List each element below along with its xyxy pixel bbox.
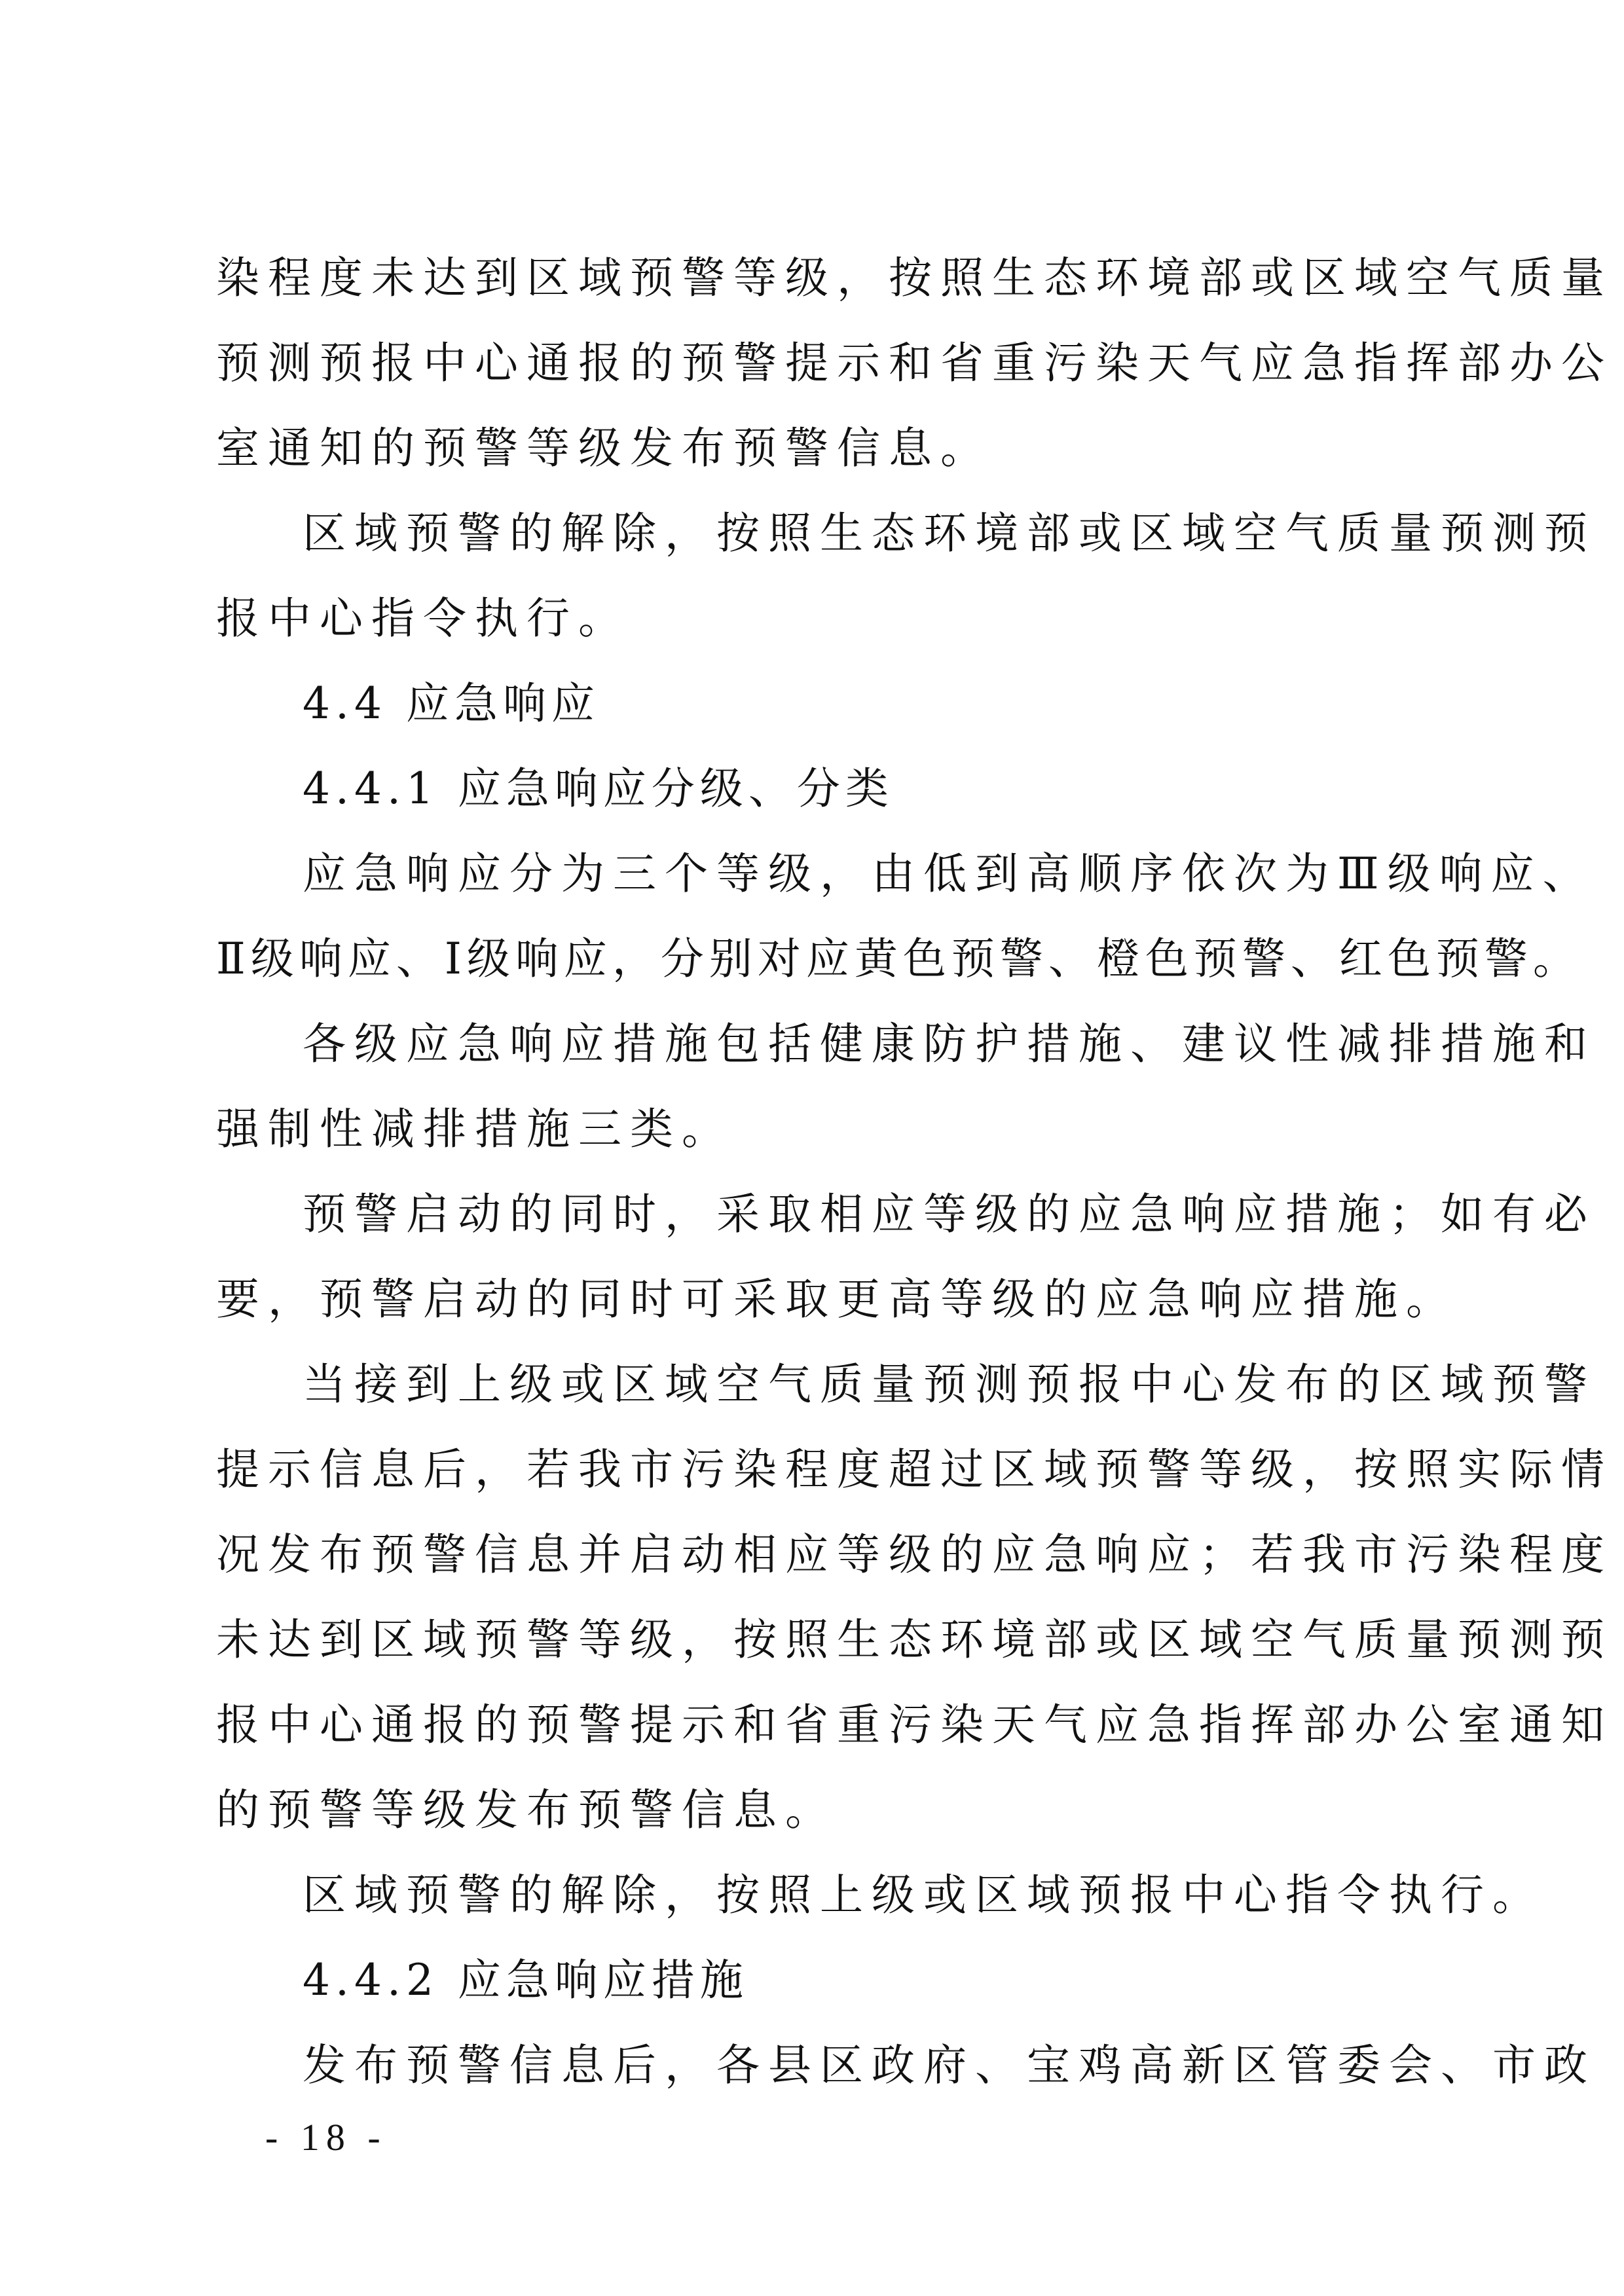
- document-page: 染程度未达到区域预警等级，按照生态环境部或区域空气质量 预测预报中心通报的预警提…: [0, 0, 1624, 2296]
- paragraph-line: 况发布预警信息并启动相应等级的应急响应；若我市污染程度: [216, 1525, 1414, 1584]
- paragraph-line: 强制性减排措施三类。: [216, 1100, 1414, 1159]
- paragraph-line: 区域预警的解除，按照上级或区域预报中心指令执行。: [303, 1866, 1416, 1925]
- paragraph-line: 预测预报中心通报的预警提示和省重污染天气应急指挥部办公: [216, 334, 1414, 393]
- paragraph-line: 提示信息后，若我市污染程度超过区域预警等级，按照实际情: [216, 1440, 1414, 1499]
- paragraph-line: 染程度未达到区域预警等级，按照生态环境部或区域空气质量: [216, 249, 1414, 308]
- paragraph-line: 报中心通报的预警提示和省重污染天气应急指挥部办公室通知: [216, 1696, 1414, 1755]
- paragraph-line: 各级应急响应措施包括健康防护措施、建议性减排措施和: [303, 1015, 1416, 1074]
- paragraph-line: Ⅱ级响应、Ⅰ级响应，分别对应黄色预警、橙色预警、红色预警。: [216, 930, 1414, 989]
- paragraph-line: 当接到上级或区域空气质量预测预报中心发布的区域预警: [303, 1355, 1416, 1414]
- paragraph-line: 报中心指令执行。: [216, 589, 1414, 648]
- paragraph-line: 区域预警的解除，按照生态环境部或区域空气质量预测预: [303, 504, 1416, 563]
- paragraph-line: 的预警等级发布预警信息。: [216, 1781, 1414, 1840]
- paragraph-line: 室通知的预警等级发布预警信息。: [216, 419, 1414, 478]
- page-number: - 18 -: [265, 2111, 387, 2164]
- paragraph-line: 发布预警信息后，各县区政府、宝鸡高新区管委会、市政: [303, 2036, 1416, 2095]
- paragraph-line: 未达到区域预警等级，按照生态环境部或区域空气质量预测预: [216, 1611, 1414, 1669]
- paragraph-line: 要，预警启动的同时可采取更高等级的应急响应措施。: [216, 1270, 1414, 1329]
- section-heading-4-4-2: 4.4.2 应急响应措施: [303, 1951, 1416, 2010]
- paragraph-line: 预警启动的同时，采取相应等级的应急响应措施；如有必: [303, 1185, 1416, 1244]
- paragraph-line: 应急响应分为三个等级，由低到高顺序依次为Ⅲ级响应、: [303, 845, 1416, 903]
- section-heading-4-4-1: 4.4.1 应急响应分级、分类: [303, 759, 1416, 818]
- section-heading-4-4: 4.4 应急响应: [303, 674, 1416, 733]
